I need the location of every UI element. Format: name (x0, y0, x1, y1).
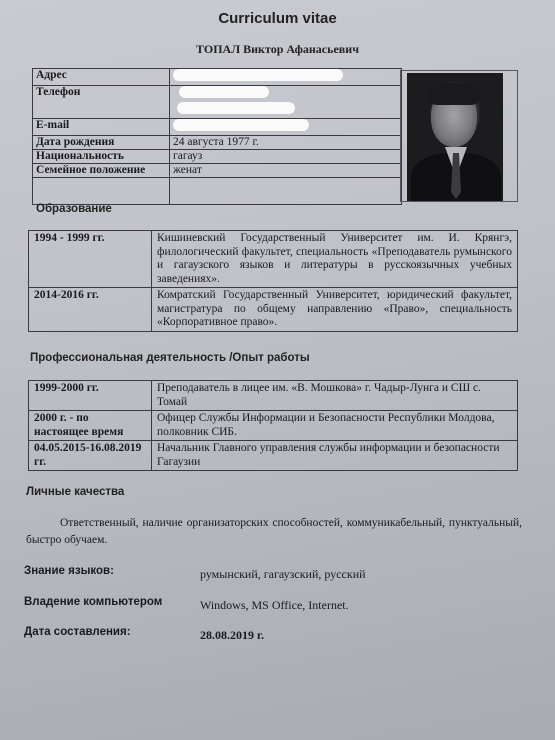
table-row: Дата рождения 24 августа 1977 г. (33, 136, 402, 150)
work-period: 2000 г. - по настоящее время (29, 411, 152, 441)
education-period: 1994 - 1999 гг. (29, 231, 152, 288)
table-row: 1999-2000 гг. Преподаватель в лицее им. … (29, 381, 518, 411)
personal-info-table: Адрес Телефон E-mail Дата рождения 24 ав… (32, 68, 402, 205)
birthdate-value: 24 августа 1977 г. (170, 136, 402, 150)
table-row: Национальность гагауз (33, 150, 402, 164)
languages-value: румынский, гагаузский, русский (200, 567, 366, 582)
education-table: 1994 - 1999 гг. Кишиневский Государствен… (28, 230, 518, 332)
empty-value (170, 178, 402, 205)
nationality-label: Национальность (33, 150, 170, 164)
computer-skills-value: Windows, MS Office, Internet. (200, 598, 349, 613)
portrait-photo (407, 73, 503, 201)
nationality-value: гагауз (170, 150, 402, 164)
education-description: Комратский Государственный Университет, … (152, 288, 518, 332)
education-description: Кишиневский Государственный Университет … (152, 231, 518, 288)
work-description: Преподаватель в лицее им. «В. Мошкова» г… (152, 381, 518, 411)
personal-qualities-text: Ответственный, наличие организаторских с… (26, 515, 522, 549)
table-row: 2014-2016 гг. Комратский Государственный… (29, 288, 518, 332)
redacted-block (177, 102, 295, 114)
education-period: 2014-2016 гг. (29, 288, 152, 332)
address-value (170, 69, 402, 86)
table-row: Адрес (33, 69, 402, 86)
work-table: 1999-2000 гг. Преподаватель в лицее им. … (28, 380, 518, 471)
marital-status-value: женат (170, 164, 402, 178)
work-period: 1999-2000 гг. (29, 381, 152, 411)
computer-skills-label: Владение компьютером (24, 596, 162, 608)
date-value: 28.08.2019 г. (200, 628, 264, 643)
personal-qualities-heading: Личные качества (26, 486, 124, 498)
languages-label: Знание языков: (24, 565, 114, 577)
photo-frame (400, 70, 518, 202)
email-label: E-mail (33, 119, 170, 136)
phone-label: Телефон (33, 86, 170, 119)
table-row: 2000 г. - по настоящее время Офицер Служ… (29, 411, 518, 441)
redacted-block (173, 69, 343, 81)
work-description: Офицер Службы Информации и Безопасности … (152, 411, 518, 441)
phone-value (170, 86, 402, 119)
table-row: E-mail (33, 119, 402, 136)
table-row: Семейное положение женат (33, 164, 402, 178)
table-row: 1994 - 1999 гг. Кишиневский Государствен… (29, 231, 518, 288)
person-name: ТОПАЛ Виктор Афанасьевич (0, 42, 555, 57)
work-description: Начальник Главного управления службы инф… (152, 441, 518, 471)
work-period: 04.05.2015-16.08.2019 гг. (29, 441, 152, 471)
marital-status-label: Семейное положение (33, 164, 170, 178)
empty-label (33, 178, 170, 205)
education-heading: Образование (36, 203, 112, 215)
table-row: 04.05.2015-16.08.2019 гг. Начальник Глав… (29, 441, 518, 471)
redacted-block (179, 86, 269, 98)
birthdate-label: Дата рождения (33, 136, 170, 150)
redacted-block (173, 119, 309, 131)
table-row: Телефон (33, 86, 402, 119)
document-title: Curriculum vitae (0, 10, 555, 27)
table-row (33, 178, 402, 205)
date-label: Дата составления: (24, 626, 131, 638)
address-label: Адрес (33, 69, 170, 86)
work-heading: Профессиональная деятельность /Опыт рабо… (30, 352, 310, 364)
email-value (170, 119, 402, 136)
cv-page: Curriculum vitae ТОПАЛ Виктор Афанасьеви… (0, 0, 555, 740)
